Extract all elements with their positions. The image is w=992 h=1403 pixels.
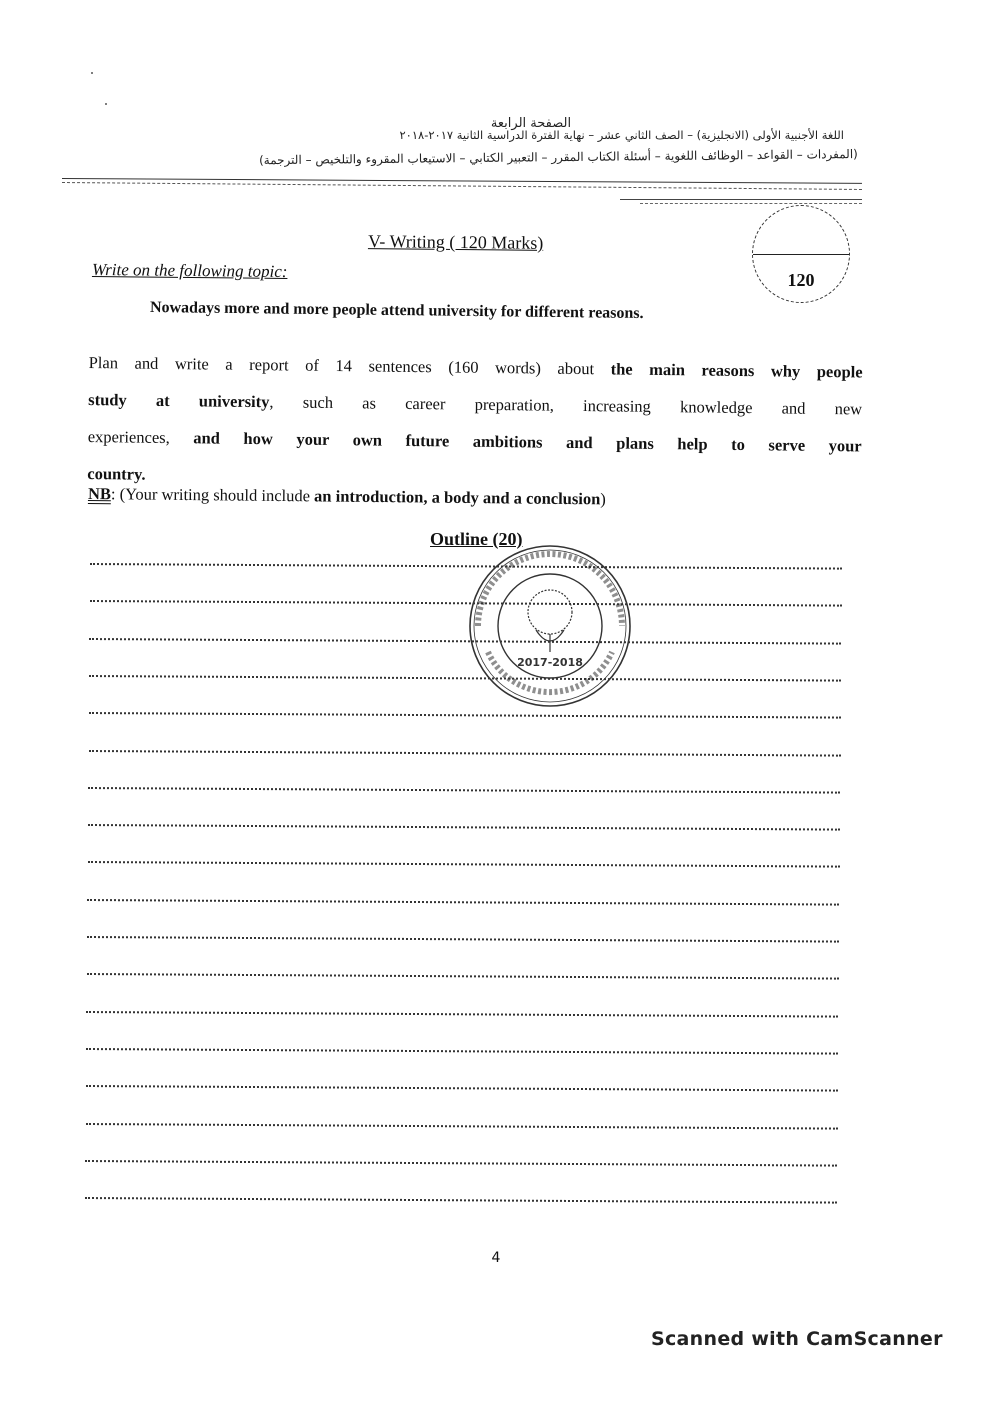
- camscanner-watermark: Scanned with CamScanner: [651, 1328, 943, 1350]
- writing-line[interactable]: [88, 824, 840, 831]
- writing-line[interactable]: [86, 1048, 838, 1055]
- header-rule: [620, 199, 862, 200]
- writing-line[interactable]: [88, 861, 840, 868]
- instruction-heading: Write on the following topic:: [92, 260, 288, 282]
- section-title: V- Writing ( 120 Marks): [368, 231, 543, 254]
- writing-line[interactable]: [87, 973, 839, 980]
- svg-text:2017-2018: 2017-2018: [517, 656, 583, 669]
- sections-line-arabic: (المفردات – القواعد – الوظائف اللغوية – …: [259, 147, 858, 167]
- nb-text-bold: an introduction, a body and a conclusion: [314, 486, 600, 508]
- task-emphasis: and how your own future ambitions and pl…: [193, 428, 862, 455]
- scan-speck: [91, 72, 93, 74]
- page-number: 4: [0, 1250, 992, 1266]
- writing-line[interactable]: [87, 899, 839, 906]
- score-divider: [753, 254, 849, 255]
- subject-line-arabic: اللغة الأجنبية الأولى (الانجليزية) – الص…: [399, 128, 844, 142]
- task-text: , such as career preparation, increasing…: [269, 392, 862, 418]
- header-rule: [640, 203, 862, 204]
- score-total: 120: [753, 270, 849, 291]
- task-description: Plan and write a report of 14 sentences …: [87, 344, 863, 501]
- nb-note: NB: (Your writing should include an intr…: [88, 484, 606, 509]
- nb-label: NB: [88, 484, 111, 503]
- writing-line[interactable]: [86, 1011, 838, 1018]
- nb-text: : (Your writing should include: [111, 484, 314, 505]
- nb-text-end: ): [600, 489, 606, 508]
- task-emphasis: country.: [87, 464, 145, 484]
- writing-line[interactable]: [89, 712, 841, 719]
- writing-line[interactable]: [85, 1160, 837, 1167]
- writing-line[interactable]: [85, 1123, 837, 1130]
- official-seal-icon: 2017-2018: [466, 542, 634, 710]
- header-rule: [62, 182, 862, 190]
- task-text: experiences,: [88, 427, 194, 447]
- writing-line[interactable]: [86, 1085, 838, 1092]
- task-text: Plan and write a report of 14 sentences …: [89, 353, 611, 378]
- writing-line[interactable]: [87, 936, 839, 943]
- scan-speck: [105, 103, 107, 105]
- score-circle: 120: [752, 205, 850, 303]
- writing-line[interactable]: [88, 750, 840, 757]
- topic-statement: Nowadays more and more people attend uni…: [150, 299, 644, 323]
- writing-line[interactable]: [88, 787, 840, 794]
- writing-line[interactable]: [85, 1197, 837, 1204]
- task-emphasis: the main reasons why people: [611, 359, 863, 381]
- task-emphasis: study at university: [88, 390, 269, 411]
